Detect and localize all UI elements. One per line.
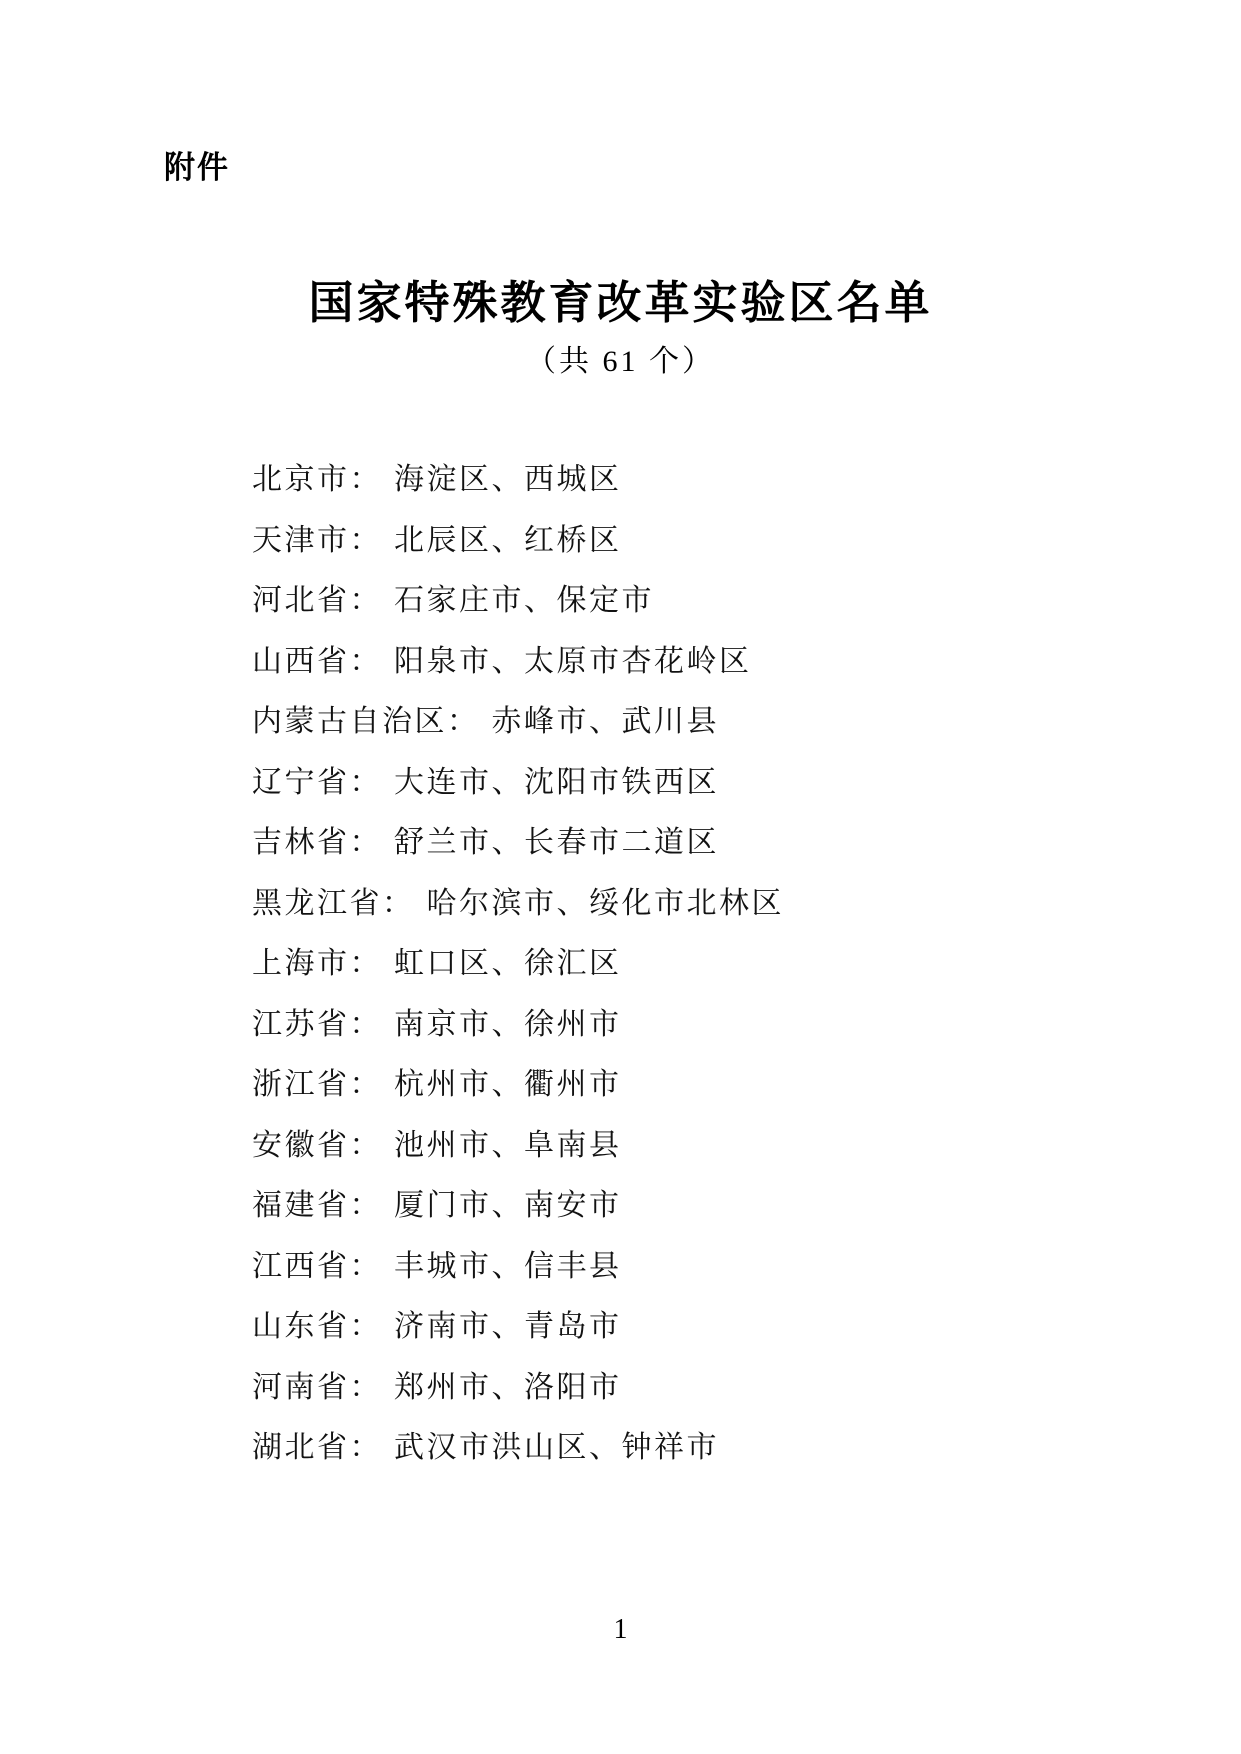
province-label: 福建省：: [252, 1189, 382, 1222]
region-names: 阳泉市、太原市杏花岭区: [394, 645, 752, 678]
province-label: 北京市：: [252, 463, 382, 496]
list-item: 河北省：石家庄市、保定市: [252, 571, 1161, 632]
province-label: 山西省：: [252, 645, 382, 678]
list-item: 黑龙江省：哈尔滨市、绥化市北林区: [252, 874, 1161, 935]
province-label: 湖北省：: [252, 1431, 382, 1464]
list-item: 吉林省：舒兰市、长春市二道区: [252, 813, 1161, 874]
list-item: 北京市：海淀区、西城区: [252, 450, 1161, 511]
region-names: 赤峰市、武川县: [492, 705, 720, 738]
list-item: 山西省：阳泉市、太原市杏花岭区: [252, 632, 1161, 693]
list-item: 湖北省：武汉市洪山区、钟祥市: [252, 1418, 1161, 1479]
province-label: 山东省：: [252, 1310, 382, 1343]
region-names: 石家庄市、保定市: [394, 584, 654, 617]
list-item: 安徽省：池州市、阜南县: [252, 1116, 1161, 1177]
page-number: 1: [0, 1614, 1241, 1646]
province-label: 安徽省：: [252, 1129, 382, 1162]
region-names: 南京市、徐州市: [394, 1008, 622, 1041]
document-page: 附件 国家特殊教育改革实验区名单 （共 61 个） 北京市：海淀区、西城区天津市…: [0, 0, 1241, 1754]
list-item: 江西省：丰城市、信丰县: [252, 1237, 1161, 1298]
province-label: 内蒙古自治区：: [252, 705, 480, 738]
list-item: 辽宁省：大连市、沈阳市铁西区: [252, 753, 1161, 814]
experimental-zones-list: 北京市：海淀区、西城区天津市：北辰区、红桥区河北省：石家庄市、保定市山西省：阳泉…: [252, 450, 1161, 1479]
region-names: 济南市、青岛市: [394, 1310, 622, 1343]
list-item: 上海市：虹口区、徐汇区: [252, 934, 1161, 995]
province-label: 江西省：: [252, 1250, 382, 1283]
list-item: 内蒙古自治区：赤峰市、武川县: [252, 692, 1161, 753]
list-item: 浙江省：杭州市、衢州市: [252, 1055, 1161, 1116]
province-label: 浙江省：: [252, 1068, 382, 1101]
region-names: 池州市、阜南县: [394, 1129, 622, 1162]
region-names: 哈尔滨市、绥化市北林区: [427, 887, 785, 920]
region-names: 杭州市、衢州市: [394, 1068, 622, 1101]
province-label: 河南省：: [252, 1371, 382, 1404]
list-item: 天津市：北辰区、红桥区: [252, 511, 1161, 572]
region-names: 郑州市、洛阳市: [394, 1371, 622, 1404]
province-label: 黑龙江省：: [252, 887, 415, 920]
list-item: 山东省：济南市、青岛市: [252, 1297, 1161, 1358]
list-item: 河南省：郑州市、洛阳市: [252, 1358, 1161, 1419]
province-label: 天津市：: [252, 524, 382, 557]
region-names: 大连市、沈阳市铁西区: [394, 766, 719, 799]
province-label: 河北省：: [252, 584, 382, 617]
province-label: 江苏省：: [252, 1008, 382, 1041]
document-subtitle: （共 61 个）: [0, 336, 1241, 380]
region-names: 海淀区、西城区: [394, 463, 622, 496]
document-title: 国家特殊教育改革实验区名单: [0, 266, 1241, 331]
region-names: 虹口区、徐汇区: [394, 947, 622, 980]
attachment-label: 附件: [164, 142, 230, 187]
list-item: 江苏省：南京市、徐州市: [252, 995, 1161, 1056]
region-names: 北辰区、红桥区: [394, 524, 622, 557]
province-label: 辽宁省：: [252, 766, 382, 799]
region-names: 舒兰市、长春市二道区: [394, 826, 719, 859]
region-names: 厦门市、南安市: [394, 1189, 622, 1222]
region-names: 丰城市、信丰县: [394, 1250, 622, 1283]
region-names: 武汉市洪山区、钟祥市: [394, 1431, 719, 1464]
list-item: 福建省：厦门市、南安市: [252, 1176, 1161, 1237]
province-label: 上海市：: [252, 947, 382, 980]
province-label: 吉林省：: [252, 826, 382, 859]
